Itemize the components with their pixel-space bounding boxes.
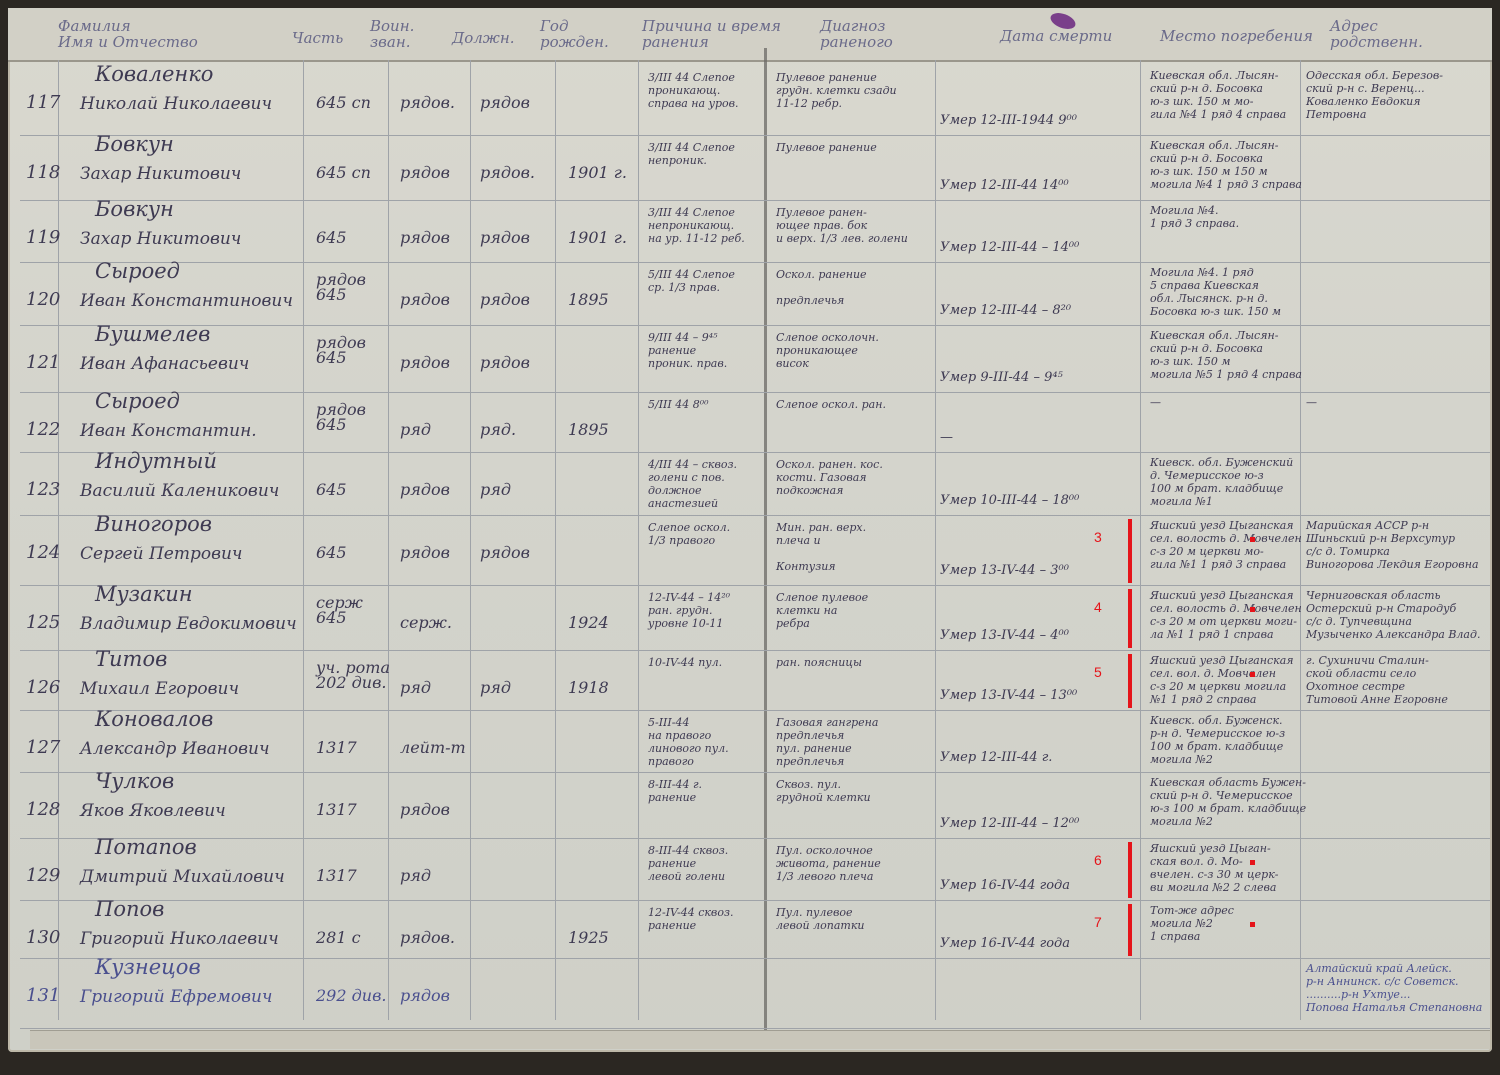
death-date: Умер 12-III-44 – 8²⁰ — [940, 303, 1071, 318]
diagnosis: Слепое пулевое клетки на ребра — [776, 591, 868, 630]
given-name-patronymic: Дмитрий Михайлович — [80, 870, 285, 885]
military-unit: 645 сп — [316, 95, 371, 110]
position: ряд — [480, 482, 511, 497]
military-rank: рядов — [400, 545, 450, 560]
relatives-address: — — [1306, 396, 1317, 409]
given-name-patronymic: Захар Никитович — [80, 232, 241, 247]
header-relatives: Адрес родственн. — [1330, 18, 1423, 50]
given-name-patronymic: Сергей Петрович — [80, 547, 243, 562]
given-name-patronymic: Иван Афанасьевич — [80, 357, 249, 372]
death-date: Умер 16-IV-44 года — [940, 878, 1070, 893]
military-rank: рядов — [400, 482, 450, 497]
row-number: 123 — [26, 482, 60, 497]
military-unit: 1317 — [316, 868, 357, 883]
row-number: 124 — [26, 545, 60, 560]
surname: Потапов — [95, 840, 197, 855]
grid-line — [20, 1028, 1490, 1029]
burial-place: Яшский уезд Цыганская сел. волость д. Мо… — [1150, 519, 1302, 571]
military-rank: рядов. — [400, 930, 455, 945]
header-burial: Место погребения — [1160, 28, 1313, 44]
row-number: 127 — [26, 740, 60, 755]
relatives-address: Марийская АССР р-н Шиньский р-н Верхсуту… — [1306, 519, 1479, 571]
surname: Сыроед — [95, 264, 180, 279]
military-unit: рядов 645 — [316, 272, 366, 302]
diagnosis: ран. поясницы — [776, 656, 862, 669]
wound-description: 3/III 44 Слепое непроник. — [648, 141, 735, 167]
military-unit: 645 сп — [316, 165, 371, 180]
military-rank: рядов — [400, 292, 450, 307]
table-row: 125МузакинВладимир Евдокимовичсерж 645се… — [0, 585, 1500, 650]
row-number: 126 — [26, 680, 60, 695]
table-row: 124ВиногоровСергей Петрович645рядоврядов… — [0, 515, 1500, 585]
row-number: 121 — [26, 355, 60, 370]
red-annotation-dot — [1250, 672, 1255, 677]
surname: Виногоров — [95, 517, 212, 532]
diagnosis: Пулевое ранение — [776, 141, 877, 154]
wound-description: 9/III 44 – 9⁴⁵ ранение проник. прав. — [648, 331, 727, 370]
burial-place: Киевск. обл. Буженск. р-н д. Чемерисское… — [1150, 714, 1285, 766]
red-annotation-bar — [1128, 654, 1132, 708]
page-bottom-edge — [30, 1030, 1490, 1049]
surname: Бушмелев — [95, 327, 210, 342]
position: рядов — [480, 230, 530, 245]
surname: Титов — [95, 652, 167, 667]
given-name-patronymic: Николай Николаевич — [80, 97, 272, 112]
row-number: 120 — [26, 292, 60, 307]
header-death: Дата смерти — [1000, 28, 1112, 44]
red-annotation-number: 4 — [1094, 599, 1102, 615]
burial-place: Яшский уезд Цыганская сел. волость д. Мо… — [1150, 589, 1302, 641]
death-date: Умер 12-III-1944 9⁰⁰ — [940, 113, 1077, 128]
death-date: Умер 16-IV-44 года — [940, 936, 1070, 951]
burial-place: Могила №4. 1 ряд 5 справа Киевская обл. … — [1150, 266, 1281, 318]
burial-place: — — [1150, 396, 1161, 409]
military-unit: серж 645 — [316, 595, 363, 625]
military-unit: рядов 645 — [316, 402, 366, 432]
military-rank: рядов — [400, 988, 450, 1003]
table-row: 122СыроедИван Константин.рядов 645рядряд… — [0, 392, 1500, 452]
position: рядов — [480, 95, 530, 110]
red-annotation-dot — [1250, 607, 1255, 612]
wound-description: 3/III 44 Слепое непроникающ. на ур. 11-1… — [648, 206, 745, 245]
header-diagnosis: Диагноз раненого — [820, 18, 893, 50]
wound-description: 8-III-44 сквоз. ранение левой голени — [648, 844, 728, 883]
burial-place: Яшский уезд Цыганская сел. вол. д. Мовче… — [1150, 654, 1294, 706]
surname: Индутный — [95, 454, 217, 469]
diagnosis: Оскол. ранение предплечья — [776, 268, 867, 307]
position: рядов — [480, 545, 530, 560]
red-annotation-number: 7 — [1094, 914, 1102, 930]
birth-year: 1918 — [568, 680, 609, 695]
position: рядов — [480, 355, 530, 370]
table-row: 118БовкунЗахар Никитович645 спрядоврядов… — [0, 135, 1500, 200]
diagnosis: Пулевое ранение грудн. клетки сзади 11-1… — [776, 71, 897, 110]
military-unit: уч. рота 202 див. — [316, 660, 390, 690]
military-unit: 1317 — [316, 740, 357, 755]
wound-description: 10-IV-44 пул. — [648, 656, 722, 669]
surname: Бовкун — [95, 137, 174, 152]
military-rank: рядов — [400, 165, 450, 180]
diagnosis: Слепое оскол. ран. — [776, 398, 886, 411]
given-name-patronymic: Михаил Егорович — [80, 682, 239, 697]
death-date: Умер 13-IV-44 – 4⁰⁰ — [940, 628, 1069, 643]
wound-description: Слепое оскол. 1/3 правого — [648, 521, 730, 547]
surname: Попов — [95, 902, 164, 917]
row-number: 128 — [26, 802, 60, 817]
birth-year: 1895 — [568, 292, 609, 307]
surname: Музакин — [95, 587, 193, 602]
military-unit: 645 — [316, 482, 347, 497]
death-date: Умер 10-III-44 – 18⁰⁰ — [940, 493, 1079, 508]
burial-place: Киевская обл. Лысян- ский р-н д. Босовка… — [1150, 329, 1302, 381]
table-row: 129ПотаповДмитрий Михайлович1317ряд8-III… — [0, 838, 1500, 900]
table-row: 130ПоповГригорий Николаевич281 срядов.19… — [0, 900, 1500, 958]
header-unit: Часть — [292, 30, 343, 46]
header-position: Должн. — [452, 30, 514, 46]
table-row: 127КоноваловАлександр Иванович1317лейт-т… — [0, 710, 1500, 772]
burial-place: Киевская обл. Лысян- ский р-н д. Босовка… — [1150, 139, 1302, 191]
red-annotation-number: 6 — [1094, 852, 1102, 868]
burial-place: Яшский уезд Цыган- ская вол. д. Мо- вчел… — [1150, 842, 1279, 894]
diagnosis: Мин. ран. верх. плеча и Контузия — [776, 521, 866, 573]
wound-description: 3/III 44 Слепое проникающ. справа на уро… — [648, 71, 739, 110]
birth-year: 1924 — [568, 615, 609, 630]
position: рядов. — [480, 165, 535, 180]
surname: Коновалов — [95, 712, 213, 727]
given-name-patronymic: Владимир Евдокимович — [80, 617, 297, 632]
row-number: 131 — [26, 988, 60, 1003]
diagnosis: Пул. осколочное живота, ранение 1/3 лево… — [776, 844, 881, 883]
surname: Кузнецов — [95, 960, 201, 975]
red-annotation-number: 3 — [1094, 529, 1102, 545]
military-unit: рядов 645 — [316, 335, 366, 365]
table-row: 120СыроедИван Константиновичрядов 645ряд… — [0, 262, 1500, 325]
table-row: 119БовкунЗахар Никитович645рядоврядов190… — [0, 200, 1500, 262]
diagnosis: Газовая гангрена предплечья пул. ранение… — [776, 716, 878, 768]
position: рядов — [480, 292, 530, 307]
military-rank: рядов — [400, 802, 450, 817]
given-name-patronymic: Александр Иванович — [80, 742, 270, 757]
burial-place: Киевская область Бужен- ский р-н д. Чеме… — [1150, 776, 1306, 828]
given-name-patronymic: Захар Никитович — [80, 167, 241, 182]
relatives-address: Алтайский край Алейск. р-н Аннинск. с/с … — [1306, 962, 1482, 1014]
red-annotation-dot — [1250, 537, 1255, 542]
wound-description: 5/III 44 8⁰⁰ — [648, 398, 709, 411]
row-number: 119 — [26, 230, 60, 245]
military-unit: 645 — [316, 545, 347, 560]
burial-place: Киевская обл. Лысян- ский р-н д. Босовка… — [1150, 69, 1286, 121]
position: ряд — [480, 680, 511, 695]
relatives-address: г. Сухиничи Сталин- ской области село Ох… — [1306, 654, 1448, 706]
given-name-patronymic: Иван Константинович — [80, 294, 293, 309]
death-date: Умер 9-III-44 – 9⁴⁵ — [940, 370, 1063, 385]
death-date: Умер 12-III-44 г. — [940, 750, 1052, 765]
table-row: 128ЧулковЯков Яковлевич1317рядов8-III-44… — [0, 772, 1500, 838]
row-number: 125 — [26, 615, 60, 630]
birth-year: 1901 г. — [568, 165, 627, 180]
wound-description: 5-III-44 на правого линового пул. правог… — [648, 716, 729, 768]
row-number: 118 — [26, 165, 60, 180]
table-row: 117КоваленкоНиколай Николаевич645 спрядо… — [0, 65, 1500, 135]
death-date: Умер 12-III-44 – 14⁰⁰ — [940, 240, 1079, 255]
diagnosis: Слепое осколочн. проникающее висок — [776, 331, 879, 370]
burial-place: Тот-же адрес могила №2 1 справа — [1150, 904, 1234, 943]
surname: Чулков — [95, 774, 174, 789]
burial-place: Киевск. обл. Буженский д. Чемерисское ю-… — [1150, 456, 1293, 508]
diagnosis: Сквоз. пул. грудной клетки — [776, 778, 871, 804]
military-rank: серж. — [400, 615, 452, 630]
header-mil-rank: Воин. зван. — [370, 18, 414, 50]
diagnosis: Пулевое ранен- ющее прав. бок и верх. 1/… — [776, 206, 908, 245]
red-annotation-bar — [1128, 589, 1132, 648]
military-rank: ряд — [400, 680, 431, 695]
row-number: 129 — [26, 868, 60, 883]
given-name-patronymic: Иван Константин. — [80, 424, 257, 439]
military-rank: рядов. — [400, 95, 455, 110]
death-date: Умер 13-IV-44 – 3⁰⁰ — [940, 563, 1069, 578]
diagnosis: Пул. пулевое левой лопатки — [776, 906, 864, 932]
birth-year: 1895 — [568, 422, 609, 437]
birth-year: 1925 — [568, 930, 609, 945]
military-rank: лейт-т — [400, 740, 466, 755]
death-date: Умер 13-IV-44 – 13⁰⁰ — [940, 688, 1077, 703]
red-annotation-bar — [1128, 842, 1132, 898]
position: ряд. — [480, 422, 516, 437]
red-annotation-number: 5 — [1094, 664, 1102, 680]
military-rank: ряд — [400, 868, 431, 883]
header-name: Фамилия Имя и Отчество — [58, 18, 198, 50]
relatives-address: Черниговская область Остерский р-н Старо… — [1306, 589, 1480, 641]
military-unit: 281 с — [316, 930, 361, 945]
table-row: 126ТитовМихаил Егоровичуч. рота 202 див.… — [0, 650, 1500, 710]
row-number: 117 — [26, 95, 60, 110]
military-unit: 1317 — [316, 802, 357, 817]
wound-description: 12-IV-44 – 14²⁰ ран. грудн. уровне 10-11 — [648, 591, 730, 630]
wound-description: 12-IV-44 сквоз. ранение — [648, 906, 733, 932]
row-number: 122 — [26, 422, 60, 437]
burial-place: Могила №4. 1 ряд 3 справа. — [1150, 204, 1239, 230]
death-date: Умер 12-III-44 – 12⁰⁰ — [940, 816, 1079, 831]
wound-description: 8-III-44 г. ранение — [648, 778, 702, 804]
surname: Коваленко — [95, 67, 213, 82]
given-name-patronymic: Василий Каленикович — [80, 484, 279, 499]
surname: Бовкун — [95, 202, 174, 217]
diagnosis: Оскол. ранен. кос. кости. Газовая подкож… — [776, 458, 883, 497]
military-unit: 292 див. — [316, 988, 386, 1003]
relatives-address: Одесская обл. Березов- ский р-н с. Верен… — [1306, 69, 1443, 121]
birth-year: 1901 г. — [568, 230, 627, 245]
red-annotation-dot — [1250, 860, 1255, 865]
military-rank: ряд — [400, 422, 431, 437]
death-date: Умер 12-III-44 14⁰⁰ — [940, 178, 1069, 193]
header-birth-year: Год рожден. — [540, 18, 609, 50]
given-name-patronymic: Григорий Николаевич — [80, 932, 279, 947]
wound-description: 4/III 44 – сквоз. голени с пов. должное … — [648, 458, 737, 510]
row-number: 130 — [26, 930, 60, 945]
wound-description: 5/III 44 Слепое ср. 1/3 прав. — [648, 268, 735, 294]
table-row: 123ИндутныйВасилий Каленикович645рядовря… — [0, 452, 1500, 515]
given-name-patronymic: Яков Яковлевич — [80, 804, 226, 819]
table-row: 121БушмелевИван Афанасьевичрядов 645рядо… — [0, 325, 1500, 392]
header-wound: Причина и время ранения — [642, 18, 781, 50]
table-row: 131КузнецовГригорий Ефремович292 див.ряд… — [0, 958, 1500, 1028]
red-annotation-bar — [1128, 904, 1132, 956]
death-date: — — [940, 430, 953, 445]
military-rank: рядов — [400, 355, 450, 370]
red-annotation-dot — [1250, 922, 1255, 927]
military-rank: рядов — [400, 230, 450, 245]
military-unit: 645 — [316, 230, 347, 245]
red-annotation-bar — [1128, 519, 1132, 583]
given-name-patronymic: Григорий Ефремович — [80, 990, 273, 1005]
surname: Сыроед — [95, 394, 180, 409]
